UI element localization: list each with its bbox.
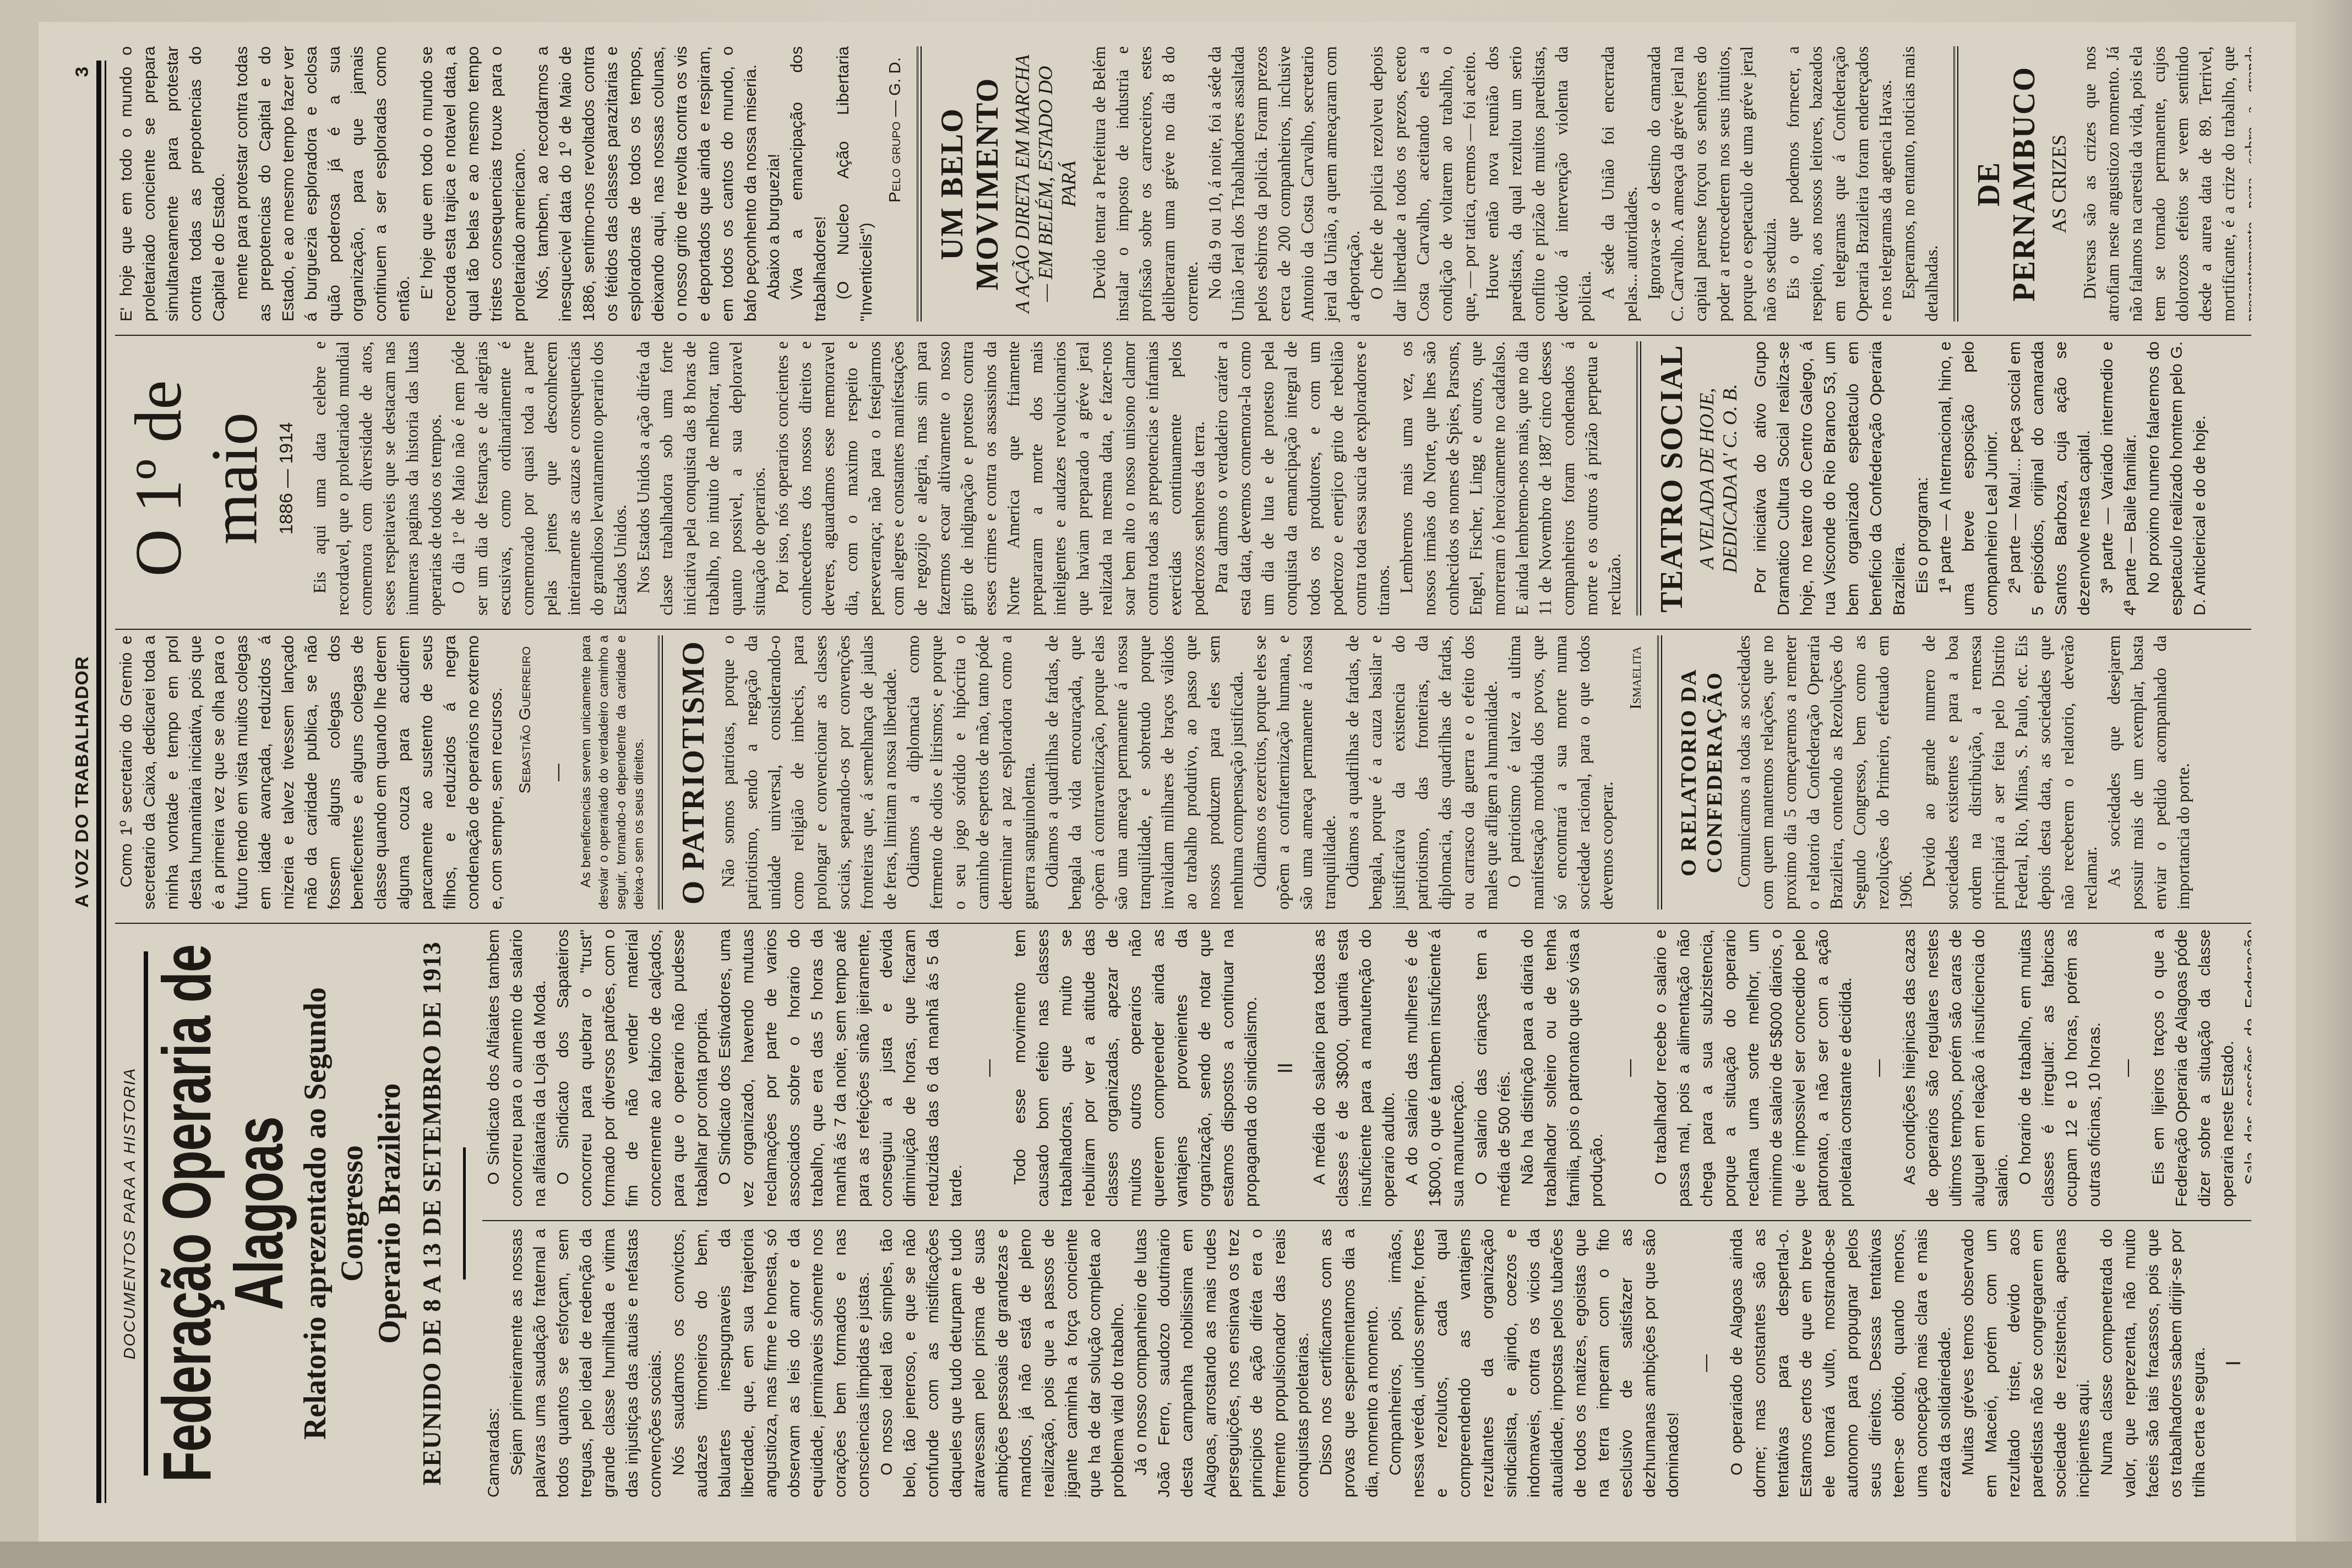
divider: —: [1618, 929, 1641, 1207]
paragraph: Comunicamos a todas as sociedades com qu…: [1733, 635, 1918, 910]
maio-continuation: E' hoje que em todo o mundo o proletaria…: [115, 46, 907, 322]
patriotismo-article: Não somos patriotas, porque o patriotism…: [717, 635, 1647, 910]
paragraph: Muitas gréves temos observado em Maceió,…: [1957, 1229, 2095, 1498]
paragraph: Como 1º secretario do Gremio e secretari…: [115, 635, 508, 910]
paragraph: O salario das crianças tem a média de 50…: [1470, 929, 1516, 1207]
paragraph: Nos Estados Unidos a ação diréta da clas…: [632, 341, 771, 616]
paragraph: A séde da União foi encerrada pelas... a…: [1597, 46, 1643, 322]
divider: —: [977, 929, 1000, 1207]
maio-title: O 1º de maio: [121, 341, 273, 616]
paragraph: Eis o que podemos fornecer, a respeito, …: [1782, 46, 1897, 322]
columns-grid: DOCUMENTOS PARA A HISTORIA Federação Ope…: [115, 61, 2251, 1503]
paragraph: Sejam primeiramente as nossas palavras u…: [505, 1229, 667, 1498]
paragraph: (O Nucleo Ação Libertaria "Inventicelis"…: [832, 46, 878, 322]
confederacao-article: Comunicamos a todas as sociedades com qu…: [1733, 635, 2195, 910]
teatro-title: TEATRO SOCIAL: [1654, 341, 1690, 616]
paragraph: Ignorava-se o destino do camarada C. Car…: [1643, 46, 1782, 322]
section-rule: [917, 46, 922, 322]
paragraph: Todo esse movimento tem causado bom efei…: [1009, 929, 1263, 1207]
page-edge-shadow: [2312, 0, 2352, 1568]
paragraph: O trabalhador recebe o salario e passa m…: [1649, 929, 1858, 1207]
secretario-article: Como 1º secretario do Gremio e secretari…: [115, 635, 648, 910]
maio-article: Eis aqui uma data celebre e recordavel, …: [308, 341, 1626, 616]
paragraph: Já o nosso companheiro de lutas João Fer…: [1130, 1229, 1315, 1498]
paragraph: Odiamos a quadrilhas de fardas, de benga…: [1341, 635, 1503, 910]
column-4: O 1º de maio 1886 — 1914 Eis aqui uma da…: [115, 335, 2251, 621]
note: As beneficencias servem unicamente para …: [578, 635, 648, 910]
section-numeral: II: [1274, 929, 1297, 1207]
paragraph: E' hoje que em todo o mundo se recorda e…: [416, 46, 531, 322]
masthead-rule: [96, 61, 106, 1503]
divider: [463, 1147, 466, 1280]
masthead: A VOZ DO TRABALHADOR 3: [72, 61, 96, 1503]
paragraph: Nós, tambem, ao recordarmos a inesqueciv…: [531, 46, 763, 322]
signature: Ismaelita: [1624, 646, 1647, 899]
paragraph: Por isso, nós operarios concientes e con…: [771, 341, 1210, 616]
paragraph: Eis em lijeiros traços o que a Federação…: [2147, 929, 2240, 1207]
paragraph: No dia 9 ou 10, á noite, foi a séde da U…: [1204, 46, 1365, 322]
paragraph: Nós saudamos os convictos, audazes timon…: [667, 1229, 875, 1498]
divider: —: [546, 635, 569, 910]
paragraph: Abaixo a burguezia!: [763, 46, 786, 322]
section-numeral: I: [2222, 1229, 2245, 1498]
federacao-subhead-2: Operario Brazileiro: [372, 929, 409, 1498]
movimento-article: Devido tentar a Prefeitura de Belém inst…: [1088, 46, 1943, 322]
paragraph: 2ª parte — Mau!... peça social em 5 epis…: [2003, 341, 2096, 616]
paragraph: Não ha distinção para a diaria do trabal…: [1516, 929, 1609, 1207]
paragraph: O Sindicato dos Estivadores, uma vez org…: [714, 929, 968, 1207]
federacao-subhead-1: Relatorio aprezentado ao Segundo Congres…: [297, 929, 371, 1498]
kicker-rule: [144, 951, 148, 1476]
page-number: 3: [72, 66, 93, 110]
paragraph: Numa classe compenetrada do valor, que r…: [2095, 1229, 2211, 1498]
scan-bottom-band: [0, 1542, 2352, 1568]
pernambuco-title: DE PERNAMBUCO: [1972, 46, 2042, 322]
paragraph: Odiamos os ezercitos, porque eles se opõ…: [1249, 635, 1341, 910]
paragraph: Odiamos a quadrilhas de fardas, de benga…: [1041, 635, 1249, 910]
paragraph: Sala das sessões da Federação Operaria d…: [2240, 929, 2251, 1207]
paragraph: E' hoje que em todo o mundo o proletaria…: [115, 46, 231, 322]
scan-background: A VOZ DO TRABALHADOR 3 DOCUMENTOS PARA A…: [0, 0, 2352, 1568]
paragraph: 3ª parte — Variado intermedio e 4ª parte…: [2096, 341, 2142, 616]
federacao-dateline: REUNIDO DE 8 A 13 DE SETEMBRO DE 1913: [417, 929, 447, 1498]
column-3: Como 1º secretario do Gremio e secretari…: [115, 629, 2251, 915]
paragraph: Esperamos, no entanto, noticias mais det…: [1897, 46, 1943, 322]
paragraph: As condições hiiejnicas das cazas de ope…: [1898, 929, 2014, 1207]
teatro-article: Por iniciativa do ativo Grupo Dramatico …: [1749, 341, 2212, 616]
federacao-body: Camaradas: Sejam primeiramente as nossas…: [482, 929, 2251, 1498]
paragraph: O horario de trabalho, em muitas classes…: [2014, 929, 2106, 1207]
paragraph: Por iniciativa do ativo Grupo Dramatico …: [1749, 341, 1911, 616]
paragraph: Não somos patriotas, porque o patriotism…: [717, 635, 902, 910]
paragraph: Disso nos certificamos com as provas que…: [1315, 1229, 1384, 1498]
movimento-subtitle: A AÇÃO DIRETA EM MARCHA — EM BELÉM, ESTA…: [1011, 46, 1080, 322]
paragraph: Companheiros, pois, irmãos, nessa veréda…: [1384, 1229, 1685, 1498]
paragraph: Viva a emancipação dos trabalhadores!: [786, 46, 832, 322]
maio-years: 1886 — 1914: [276, 341, 297, 616]
paragraph: O nosso ideal tão simples, tão belo, tão…: [875, 1229, 1130, 1498]
paragraph: No proximo numero falaremos do espetacul…: [2142, 341, 2212, 616]
paragraph: O operariado de Alagoas ainda dorme; mas…: [1725, 1229, 1957, 1498]
divider: —: [2115, 929, 2138, 1207]
paragraph: O chefe de policia rezolveu depois dar l…: [1365, 46, 1481, 322]
divider: —: [1694, 1229, 1717, 1498]
signature: Pelo grupo — G. D.: [884, 57, 907, 311]
paragraph: Eis o programa:: [1911, 341, 1934, 616]
paragraph: As sociedades que desejarem possuir mais…: [2103, 635, 2195, 910]
teatro-subtitle: A VELADA DE HOJE, DEDICADA A' C. O. B.: [1695, 341, 1741, 616]
paragraph: Odiamos a diplomacia como fermento de od…: [902, 635, 1041, 910]
paragraph: A média do salario para todas as classes…: [1308, 929, 1401, 1207]
paragraph: Camaradas:: [482, 1229, 505, 1498]
federacao-article: DOCUMENTOS PARA A HISTORIA Federação Ope…: [115, 923, 2251, 1503]
kicker: DOCUMENTOS PARA A HISTORIA: [121, 929, 139, 1498]
section-rule: [658, 635, 663, 910]
paragraph: Para darmos o verdadeiro caráter a esta …: [1210, 341, 1395, 616]
pernambuco-article: Diversas são as crizes que nos atrofiam …: [2078, 46, 2251, 322]
movimento-title: UM BELO MOVIMENTO: [935, 46, 1005, 322]
pernambuco-subtitle: AS CRIZES: [2048, 46, 2071, 322]
divider: —: [1866, 929, 1890, 1207]
federacao-col-a: Camaradas: Sejam primeiramente as nossas…: [482, 1220, 2251, 1498]
column-5: E' hoje que em todo o mundo o proletaria…: [115, 41, 2251, 327]
signature: Sebastião Guerreiro: [514, 646, 537, 899]
federacao-headline: Federação Operaria de Alagoas: [151, 929, 295, 1498]
paragraph: Devido tentar a Prefeitura de Belém inst…: [1088, 46, 1204, 322]
paragraph: Eis aqui uma data celebre e recordavel, …: [308, 341, 447, 616]
patriotismo-title: O PATRIOTISMO: [676, 635, 711, 910]
paragraph: O patriotismo é talvez a ultima manifest…: [1503, 635, 1619, 910]
newspaper-title: A VOZ DO TRABALHADOR: [72, 110, 93, 1453]
paragraph: 1ª parte — A Internacional, hino, e uma …: [1934, 341, 2003, 616]
federacao-col-b: O Sindicato dos Alfaiates tambem concorr…: [482, 929, 2251, 1207]
confederacao-title: O RELATORIO DA CONFEDERAÇÃO: [1675, 635, 1727, 910]
paragraph: O Sindicato dos Alfaiates tambem concorr…: [482, 929, 552, 1207]
section-rule: [1953, 46, 1958, 322]
paragraph: mente para protestar contra todas as pre…: [231, 46, 416, 322]
paragraph: Lembremos mais uma vez, os nossos irmãos…: [1395, 341, 1626, 616]
paragraph: O Sindicato dos Sapateiros concorreu par…: [552, 929, 714, 1207]
paragraph: Diversas são as crizes que nos atrofiam …: [2078, 46, 2251, 322]
paragraph: Devido ao grande numero de sociedades ex…: [1918, 635, 2103, 910]
paragraph: A do salario das mulheres é de 1$000, o …: [1401, 929, 1470, 1207]
paragraph: O dia 1º de Maio não é nem póde ser um d…: [447, 341, 632, 616]
paragraph: Houve então nova reunião dos paredistas,…: [1481, 46, 1597, 322]
section-rule: [1636, 341, 1641, 616]
section-rule: [1657, 635, 1662, 910]
newspaper-page: A VOZ DO TRABALHADOR 3 DOCUMENTOS PARA A…: [39, 22, 2296, 1542]
